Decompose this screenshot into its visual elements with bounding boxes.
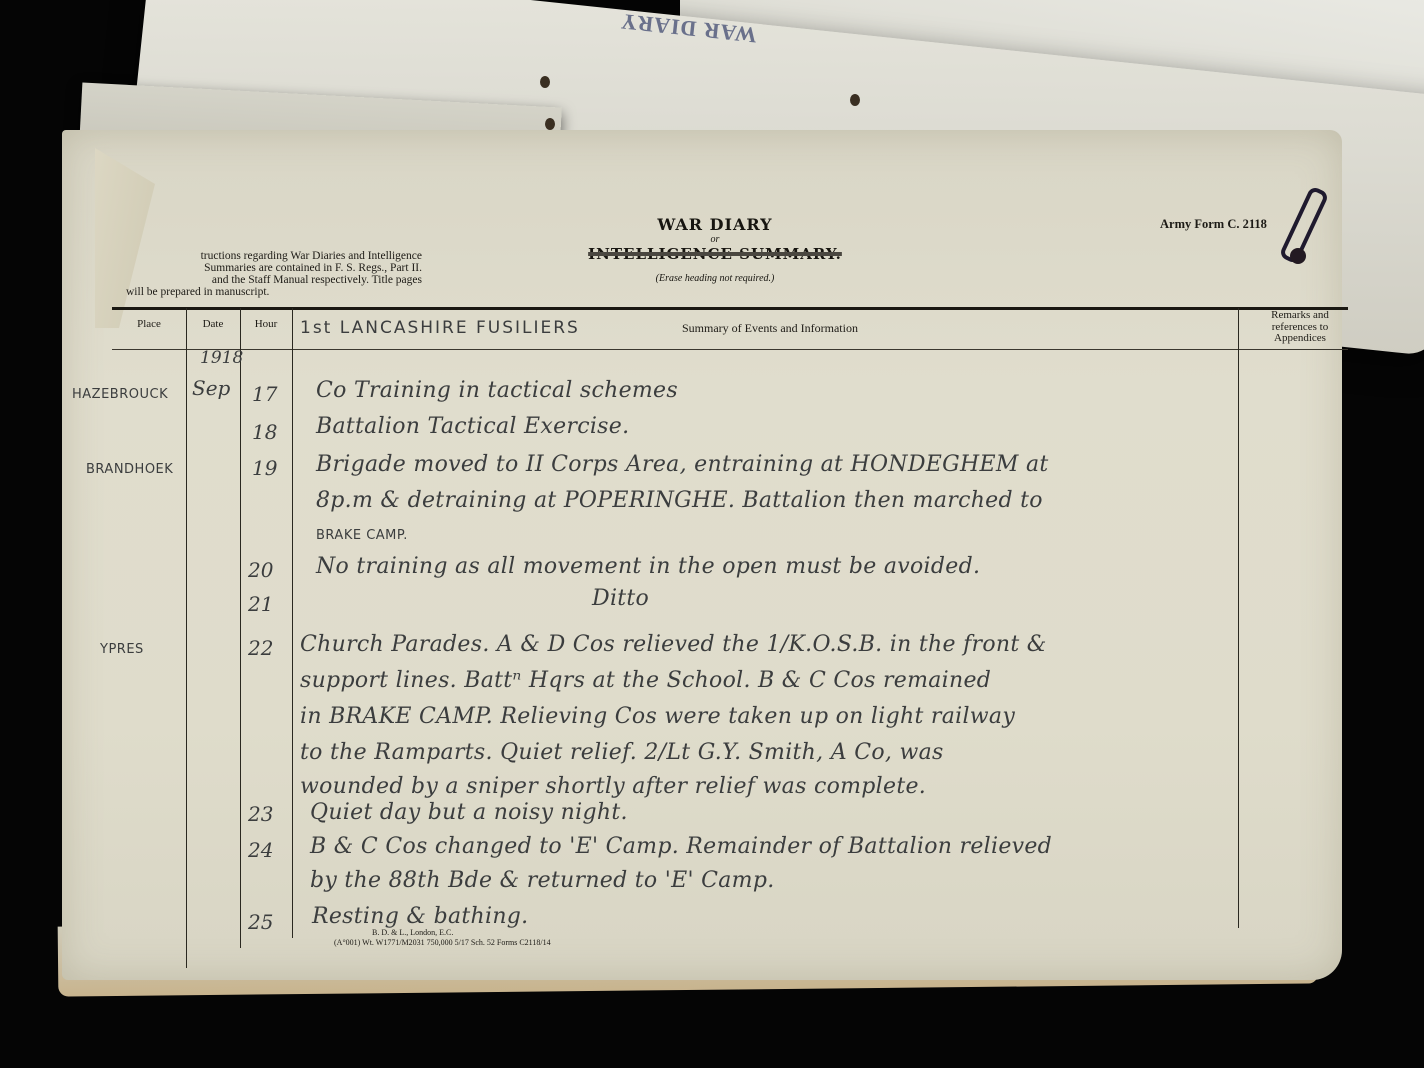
- column-divider: [1238, 308, 1239, 928]
- entry-text: No training as all movement in the open …: [316, 554, 980, 579]
- title-war-diary: WAR DIARY: [600, 215, 830, 234]
- instructions-line: Summaries are contained in F. S. Regs., …: [122, 262, 422, 274]
- entry-place: BRANDHOEK: [86, 462, 173, 477]
- printer-imprint: B. D. & L., London, E.C. (A°001) Wt. W17…: [334, 928, 551, 948]
- punch-hole: [540, 76, 550, 88]
- entry-text: to the Ramparts. Quiet relief. 2/Lt G.Y.…: [300, 740, 944, 765]
- title-note: (Erase heading not required.): [600, 273, 830, 284]
- table-top-rule: [112, 307, 1348, 310]
- month: Sep: [192, 376, 230, 400]
- column-header-remarks: Remarks and references to Appendices: [1250, 310, 1350, 345]
- entry-day: 22: [248, 636, 273, 660]
- column-header-date: Date: [186, 318, 240, 330]
- column-divider: [292, 308, 293, 938]
- entry-text: Church Parades. A & D Cos relieved the 1…: [300, 632, 1047, 657]
- entry-text: Ditto: [592, 586, 649, 611]
- entry-text: in BRAKE CAMP. Relieving Cos were taken …: [300, 704, 1015, 729]
- entry-day: 21: [248, 592, 273, 616]
- column-header-place: Place: [112, 318, 186, 330]
- year: 1918: [200, 348, 243, 368]
- entry-day: 25: [248, 910, 273, 934]
- punch-hole: [850, 94, 860, 106]
- entry-text: Co Training in tactical schemes: [316, 378, 678, 403]
- instructions-line: and the Staff Manual respectively. Title…: [122, 274, 422, 286]
- entry-day: 20: [248, 558, 273, 582]
- imprint-line: (A°001) Wt. W1771/M2031 750,000 5/17 Sch…: [334, 938, 551, 948]
- instructions-line: tructions regarding War Diaries and Inte…: [122, 250, 422, 262]
- entry-text: support lines. Battⁿ Hqrs at the School.…: [300, 668, 991, 693]
- entry-text: B & C Cos changed to 'E' Camp. Remainder…: [310, 834, 1052, 859]
- binding-hole: [1290, 248, 1306, 264]
- entry-text: Resting & bathing.: [312, 904, 528, 929]
- entry-text: by the 88th Bde & returned to 'E' Camp.: [310, 868, 775, 893]
- entry-text: BRAKE CAMP.: [316, 528, 408, 543]
- form-number: Army Form C. 2118: [1160, 217, 1267, 232]
- entry-text: Quiet day but a noisy night.: [310, 800, 628, 825]
- entry-day: 24: [248, 838, 273, 862]
- entry-text: Brigade moved to II Corps Area, entraini…: [316, 452, 1049, 477]
- form-title: WAR DIARY or INTELLIGENCE SUMMARY. (Eras…: [600, 215, 830, 284]
- entry-day: 23: [248, 802, 273, 826]
- entry-text: Battalion Tactical Exercise.: [316, 414, 629, 439]
- entry-text: wounded by a sniper shortly after relief…: [300, 774, 926, 799]
- punch-hole: [545, 118, 555, 130]
- title-intelligence-summary-struck: INTELLIGENCE SUMMARY.: [530, 245, 900, 263]
- entry-text: 8p.m & detraining at POPERINGHE. Battali…: [316, 488, 1043, 513]
- imprint-line: B. D. & L., London, E.C.: [334, 928, 551, 938]
- column-divider: [240, 308, 241, 948]
- unit-name: 1st LANCASHIRE FUSILIERS: [300, 318, 580, 338]
- instructions-text: tructions regarding War Diaries and Inte…: [122, 250, 422, 298]
- instructions-line: will be prepared in manuscript.: [122, 286, 422, 298]
- table-header-rule: [112, 349, 1348, 350]
- entry-day: 17: [252, 382, 277, 406]
- entry-day: 18: [252, 420, 277, 444]
- entry-place: HAZEBROUCK: [72, 387, 168, 402]
- entry-day: 19: [252, 456, 277, 480]
- column-divider: [186, 308, 187, 968]
- column-header-hour: Hour: [240, 318, 292, 330]
- title-or: or: [600, 234, 830, 245]
- column-header-summary: Summary of Events and Information: [682, 321, 858, 336]
- entry-place: YPRES: [100, 642, 144, 657]
